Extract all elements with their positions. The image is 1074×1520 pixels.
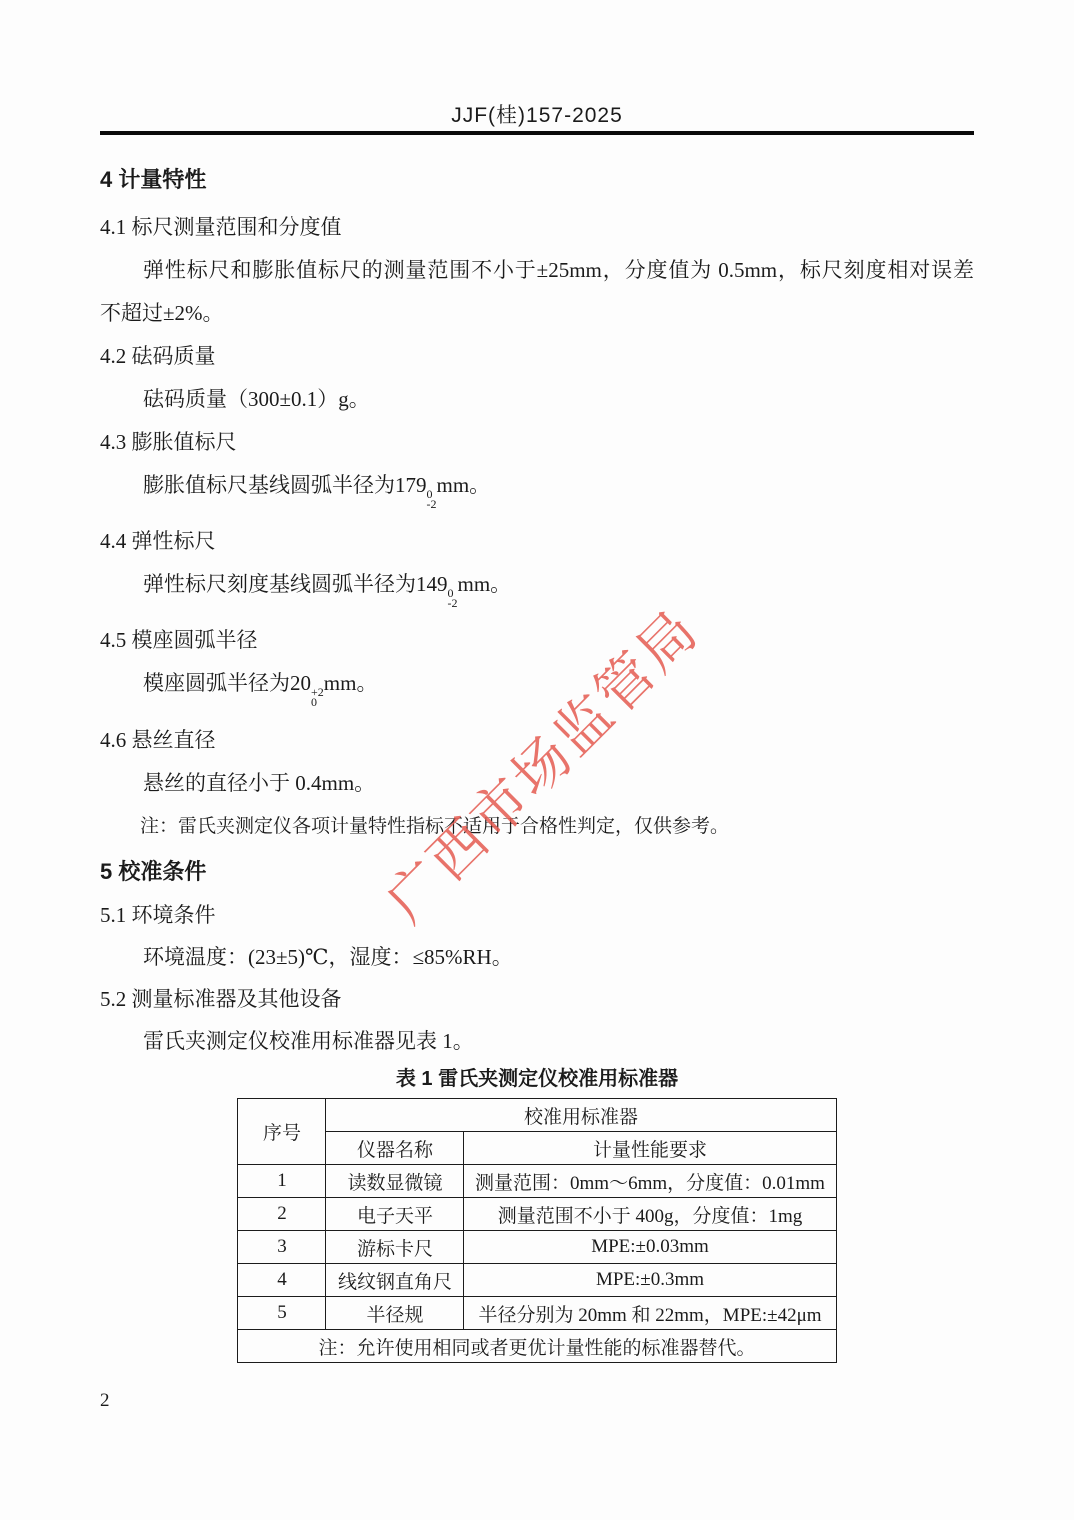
cell-index: 3 <box>238 1231 326 1264</box>
cell-name: 读数显微镜 <box>326 1165 464 1198</box>
cell-requirement: MPE:±0.3mm <box>464 1264 836 1297</box>
section-4-2-paragraph: 砝码质量（300±0.1）g。 <box>100 385 974 413</box>
section-4-4-heading: 4.4 弹性标尺 <box>100 527 974 555</box>
table-row: 3 游标卡尺 MPE:±0.03mm <box>238 1231 836 1264</box>
section-5-heading: 5 校准条件 <box>100 858 974 886</box>
section-4-1-paragraph-line1: 弹性标尺和膨胀值标尺的测量范围不小于±25mm，分度值为 0.5mm，标尺刻度相… <box>100 256 974 284</box>
formula-unit: mm。 <box>458 572 512 596</box>
section-4-5-paragraph: 模座圆弧半径为20+20mm。 <box>100 669 974 707</box>
table-header-row-2: 仪器名称 计量性能要求 <box>238 1132 836 1165</box>
cell-requirement: 测量范围不小于 400g，分度值：1mg <box>464 1198 836 1231</box>
table-row: 2 电子天平 测量范围不小于 400g，分度值：1mg <box>238 1198 836 1231</box>
section-4-1-heading: 4.1 标尺测量范围和分度值 <box>100 213 974 241</box>
table-note-row: 注：允许使用相同或者更优计量性能的标准器替代。 <box>238 1330 836 1363</box>
tolerance-lower: 0 <box>311 697 324 707</box>
cell-requirement: 半径分别为 20mm 和 22mm，MPE:±42μm <box>464 1297 836 1330</box>
tolerance-stack: 0-2 <box>448 588 458 608</box>
formula-text: 膨胀值标尺基线圆弧半径为179 <box>143 473 427 497</box>
doc-number: JJF(桂)157-2025 <box>100 103 974 129</box>
table-1-standards: 序号 校准用标准器 仪器名称 计量性能要求 1 读数显微镜 测量范围：0mm～6… <box>237 1098 836 1363</box>
page-number: 2 <box>100 1390 110 1412</box>
tolerance-lower: -2 <box>448 598 458 608</box>
formula-unit: mm。 <box>437 473 491 497</box>
cell-name: 电子天平 <box>326 1198 464 1231</box>
page-header: JJF(桂)157-2025 <box>100 103 974 135</box>
section-5-2-paragraph: 雷氏夹测定仪校准用标准器见表 1。 <box>100 1027 974 1055</box>
section-5-1-paragraph: 环境温度：(23±5)℃，湿度：≤85%RH。 <box>100 943 974 971</box>
header-rule <box>100 131 974 135</box>
section-4-6-paragraph: 悬丝的直径小于 0.4mm。 <box>100 769 974 797</box>
section-5-2-heading: 5.2 测量标准器及其他设备 <box>100 985 974 1013</box>
cell-name: 半径规 <box>326 1297 464 1330</box>
tolerance-lower: -2 <box>427 499 437 509</box>
cell-index: 2 <box>238 1198 326 1231</box>
section-4-3-heading: 4.3 膨胀值标尺 <box>100 428 974 456</box>
section-4-4-paragraph: 弹性标尺刻度基线圆弧半径为1490-2mm。 <box>100 570 974 608</box>
section-4-3-paragraph: 膨胀值标尺基线圆弧半径为1790-2mm。 <box>100 471 974 509</box>
cell-index: 1 <box>238 1165 326 1198</box>
tolerance-stack: 0-2 <box>427 489 437 509</box>
cell-requirement: MPE:±0.03mm <box>464 1231 836 1264</box>
section-4-5-heading: 4.5 模座圆弧半径 <box>100 626 974 654</box>
section-4-heading: 4 计量特性 <box>100 166 974 194</box>
formula-text: 模座圆弧半径为20 <box>143 671 311 695</box>
section-4-2-heading: 4.2 砝码质量 <box>100 342 974 370</box>
cell-index: 4 <box>238 1264 326 1297</box>
table-row: 1 读数显微镜 测量范围：0mm～6mm，分度值：0.01mm <box>238 1165 836 1198</box>
column-header-name: 仪器名称 <box>326 1132 464 1165</box>
table-header-row-1: 序号 校准用标准器 <box>238 1099 836 1132</box>
column-header-index: 序号 <box>238 1099 326 1165</box>
column-group-header: 校准用标准器 <box>326 1099 836 1132</box>
column-header-requirement: 计量性能要求 <box>464 1132 836 1165</box>
tolerance-stack: +20 <box>311 687 324 707</box>
cell-index: 5 <box>238 1297 326 1330</box>
section-5-1-heading: 5.1 环境条件 <box>100 901 974 929</box>
table-row: 4 线纹钢直角尺 MPE:±0.3mm <box>238 1264 836 1297</box>
formula-unit: mm。 <box>324 671 378 695</box>
cell-name: 游标卡尺 <box>326 1231 464 1264</box>
table-note: 注：允许使用相同或者更优计量性能的标准器替代。 <box>238 1330 836 1363</box>
page-body: 4 计量特性 4.1 标尺测量范围和分度值 弹性标尺和膨胀值标尺的测量范围不小于… <box>100 166 974 1363</box>
section-4-note: 注：雷氏夹测定仪各项计量特性指标不适用于合格性判定，仅供参考。 <box>100 814 974 840</box>
section-4-6-heading: 4.6 悬丝直径 <box>100 726 974 754</box>
document-page: JJF(桂)157-2025 4 计量特性 4.1 标尺测量范围和分度值 弹性标… <box>0 0 1074 1520</box>
section-4-1-paragraph-line2: 不超过±2%。 <box>100 299 974 327</box>
cell-name: 线纹钢直角尺 <box>326 1264 464 1297</box>
cell-requirement: 测量范围：0mm～6mm，分度值：0.01mm <box>464 1165 836 1198</box>
table-row: 5 半径规 半径分别为 20mm 和 22mm，MPE:±42μm <box>238 1297 836 1330</box>
table-1-caption: 表 1 雷氏夹测定仪校准用标准器 <box>100 1066 974 1092</box>
formula-text: 弹性标尺刻度基线圆弧半径为149 <box>143 572 448 596</box>
